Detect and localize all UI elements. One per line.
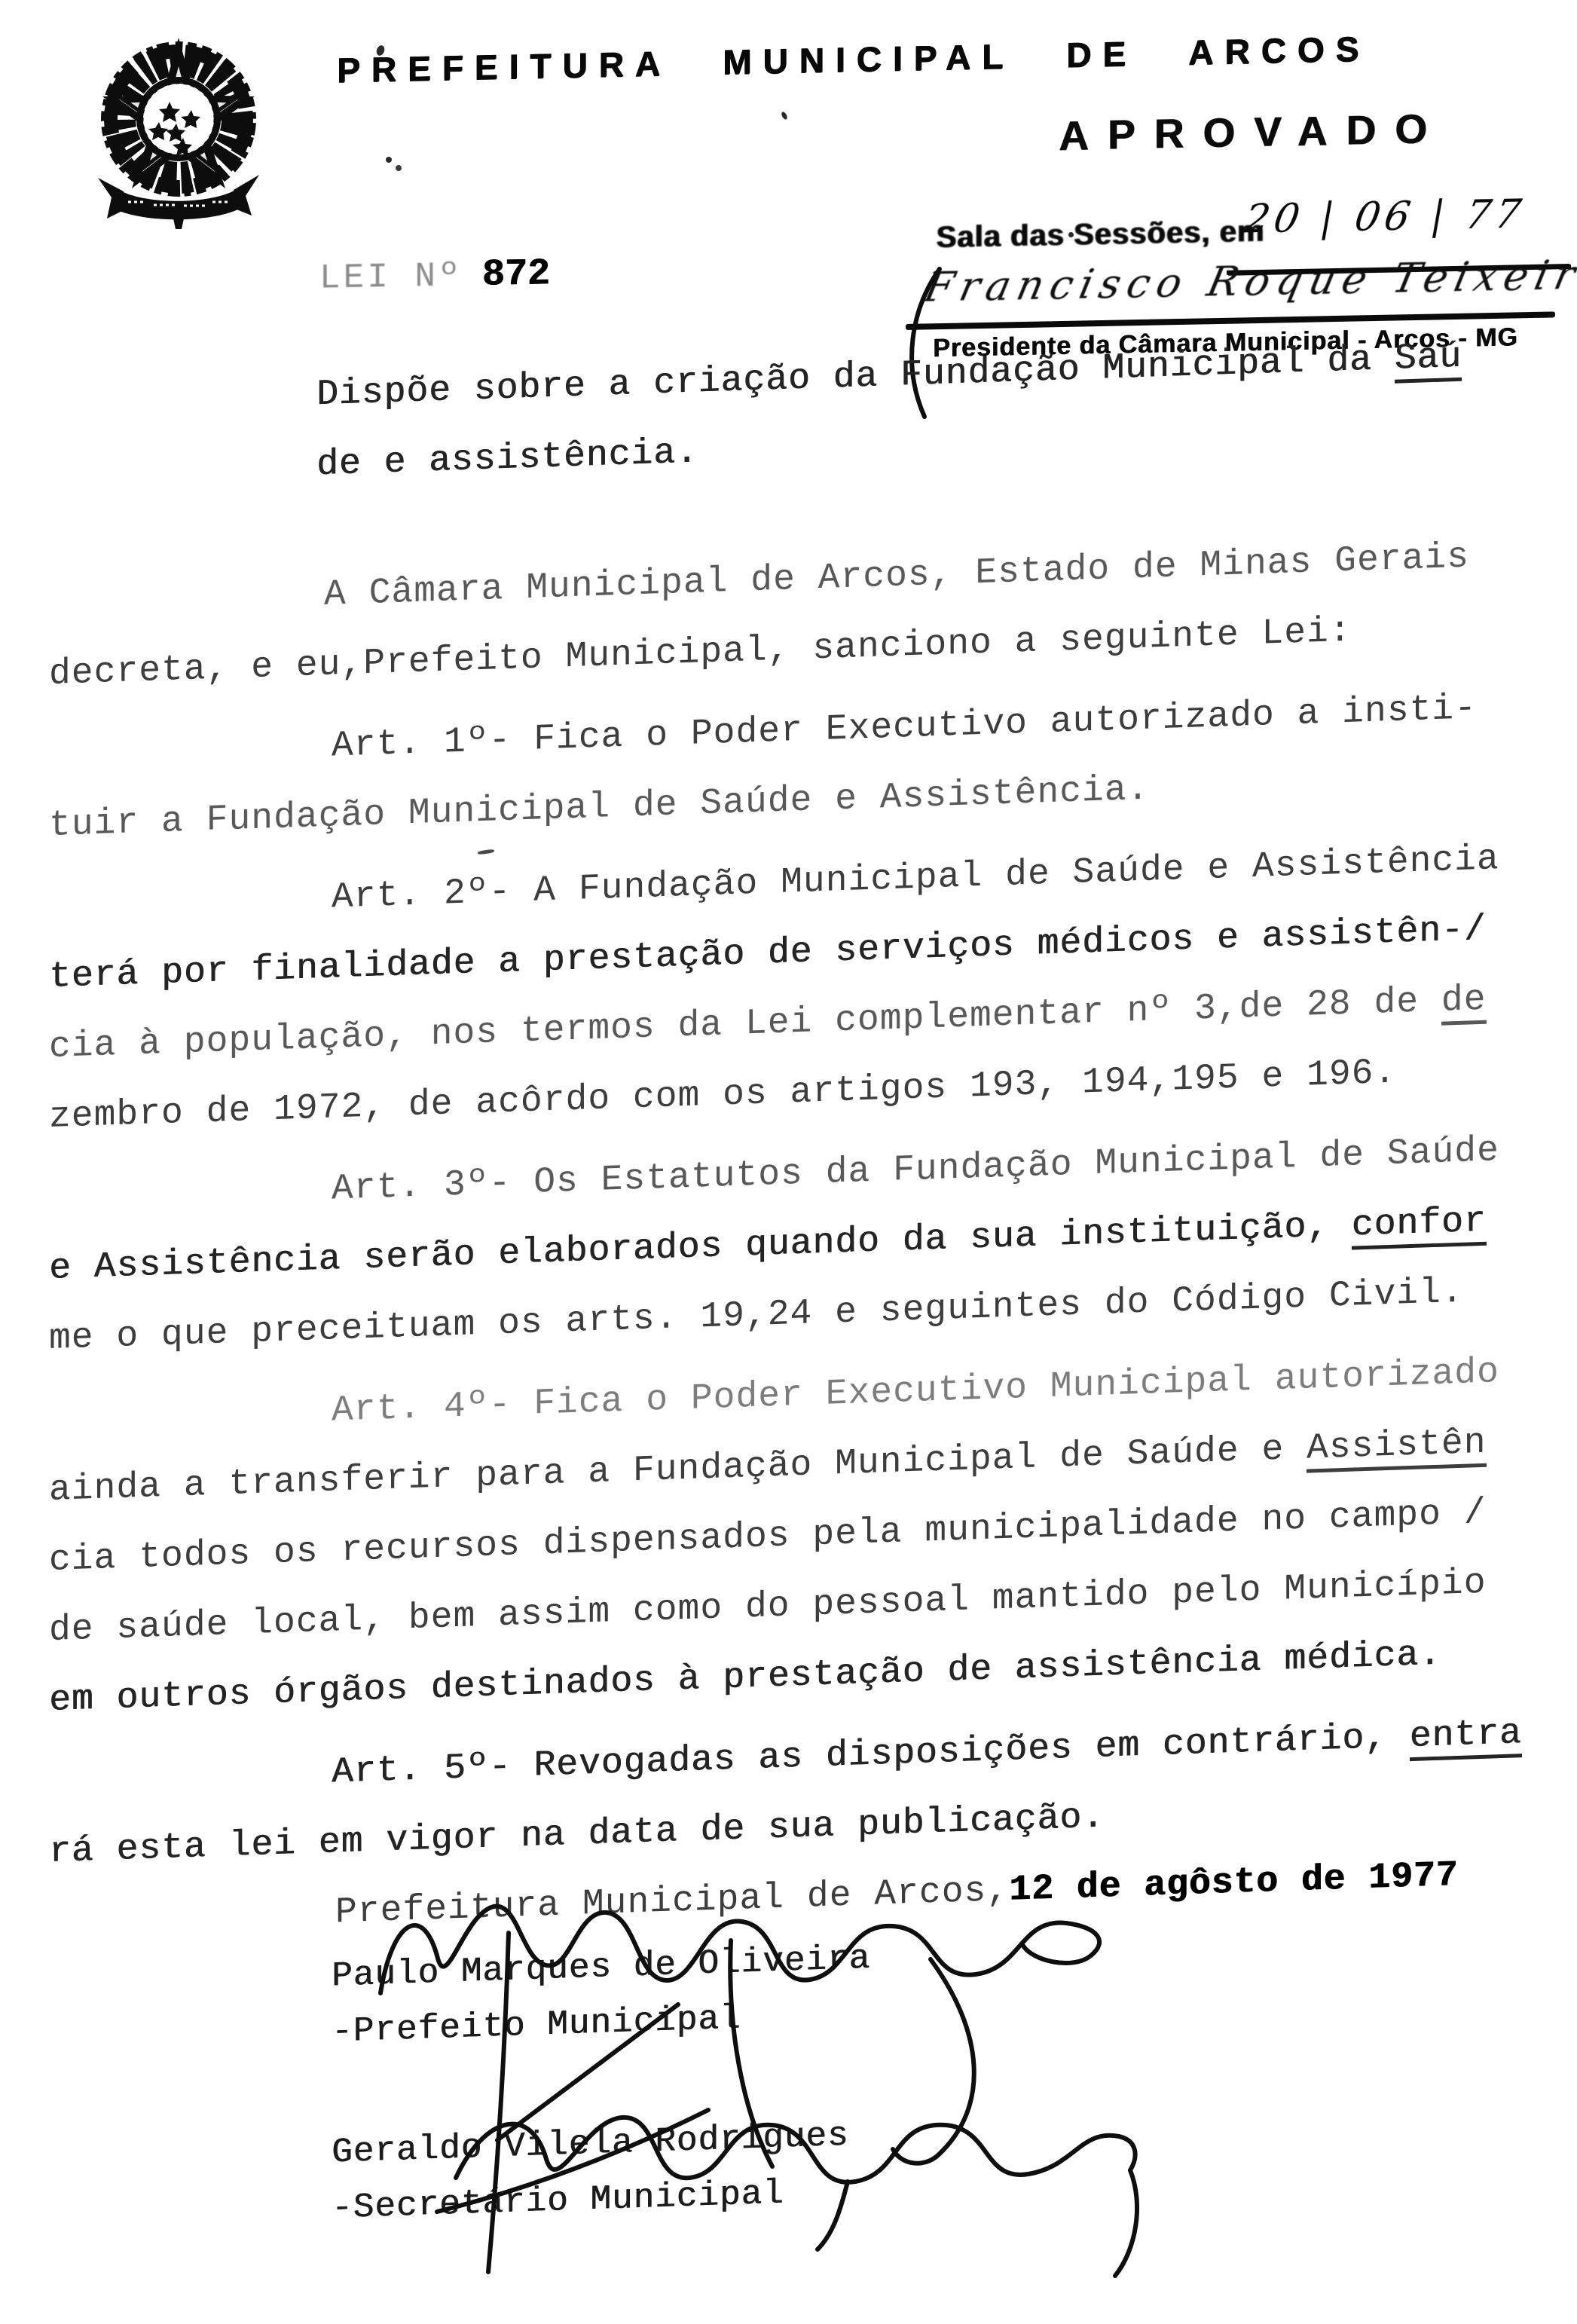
underlined-syllable: de <box>1441 980 1487 1026</box>
scan-artifact <box>781 111 788 121</box>
underlined-syllable: Assistên <box>1307 1423 1486 1473</box>
scan-artifact <box>1068 232 1074 237</box>
article-4: Art. 4º- Fica o Poder Executivo Municipa… <box>49 1336 1552 1736</box>
stamp-approved-text: APROVADO <box>1059 104 1446 160</box>
document-title: PREFEITURA MUNICIPAL DE ARCOS <box>337 28 1370 90</box>
stamp-session-label: Sala das Sessões, em <box>936 215 1264 255</box>
article-3: Art. 3º- Os Estatutos da Fundação Munici… <box>49 1115 1552 1375</box>
underlined-syllable: Saú <box>1395 337 1462 384</box>
law-number-value: 872 <box>482 252 550 297</box>
coat-of-arms-icon <box>84 30 273 234</box>
law-number-label: LEI Nº <box>319 256 463 298</box>
line-text: de e assistência. <box>316 432 698 485</box>
stamp-signature-name: Francisco Roque Teixeira <box>920 250 1577 311</box>
stamp-handwritten-date: 20 | 06 | 77 <box>1241 191 1529 242</box>
underlined-syllable: confor <box>1352 1201 1487 1250</box>
ementa-paragraph: Dispõe sobre a criação da Fundação Munic… <box>49 320 1552 509</box>
article-2: Art. 2º- A Fundação Municipal de Saúde e… <box>49 823 1552 1153</box>
underlined-syllable: entra <box>1410 1713 1522 1761</box>
handwritten-signatures <box>316 1869 1251 2321</box>
scanned-law-document: PREFEITURA MUNICIPAL DE ARCOS LEI Nº872 … <box>0 0 1577 2324</box>
law-number: LEI Nº872 <box>319 252 550 299</box>
scan-artifact <box>386 157 392 163</box>
